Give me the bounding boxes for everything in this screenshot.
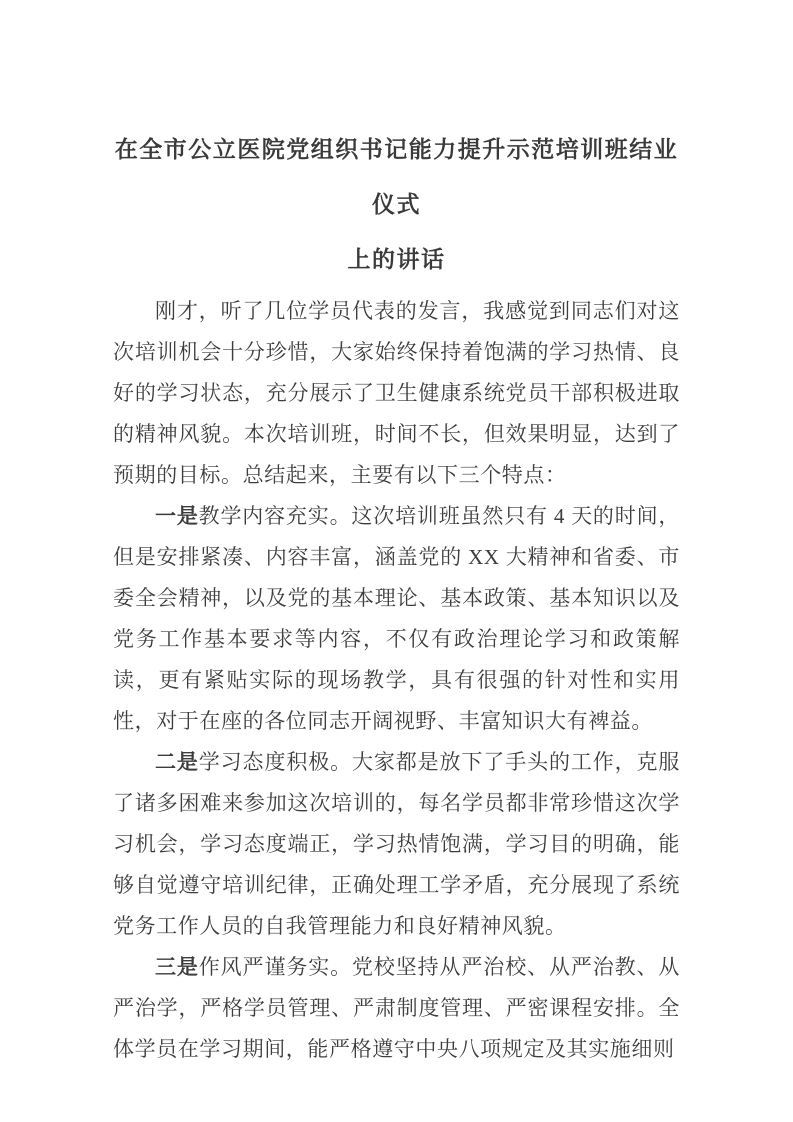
paragraph-intro: 刚才，听了几位学员代表的发言，我感觉到同志们对这次培训机会十分珍惜，大家始终保持… <box>113 291 680 496</box>
paragraph-text: 作风严谨务实。党校坚持从严治校、从严治教、从严治学，严格学员管理、严肃制度管理、… <box>113 955 680 1061</box>
paragraph-text: 刚才，听了几位学员代表的发言，我感觉到同志们对这次培训机会十分珍惜，大家始终保持… <box>113 299 680 487</box>
paragraph-text: 学习态度积极。大家都是放下了手头的工作，克服了诸多困难来参加这次培训的，每名学员… <box>113 750 680 938</box>
paragraph-lead: 二是 <box>155 750 199 774</box>
document-title-line2: 上的讲话 <box>348 247 446 272</box>
paragraph-text: 教学内容充实。这次培训班虽然只有 4 天的时间，但是安排紧凑、内容丰富，涵盖党的… <box>113 504 680 733</box>
document-page: 在全市公立医院党组织书记能力提升示范培训班结业仪式 上的讲话 刚才，听了几位学员… <box>0 0 793 1122</box>
document-title: 在全市公立医院党组织书记能力提升示范培训班结业仪式 上的讲话 <box>113 122 680 287</box>
document-body: 刚才，听了几位学员代表的发言，我感觉到同志们对这次培训机会十分珍惜，大家始终保持… <box>113 291 680 1070</box>
paragraph-point-3: 三是作风严谨务实。党校坚持从严治校、从严治教、从严治学，严格学员管理、严肃制度管… <box>113 947 680 1070</box>
paragraph-point-1: 一是教学内容充实。这次培训班虽然只有 4 天的时间，但是安排紧凑、内容丰富，涵盖… <box>113 496 680 742</box>
paragraph-lead: 三是 <box>155 955 199 979</box>
paragraph-lead: 一是 <box>155 504 199 528</box>
document-title-line1: 在全市公立医院党组织书记能力提升示范培训班结业仪式 <box>115 137 679 217</box>
paragraph-point-2: 二是学习态度积极。大家都是放下了手头的工作，克服了诸多困难来参加这次培训的，每名… <box>113 742 680 947</box>
